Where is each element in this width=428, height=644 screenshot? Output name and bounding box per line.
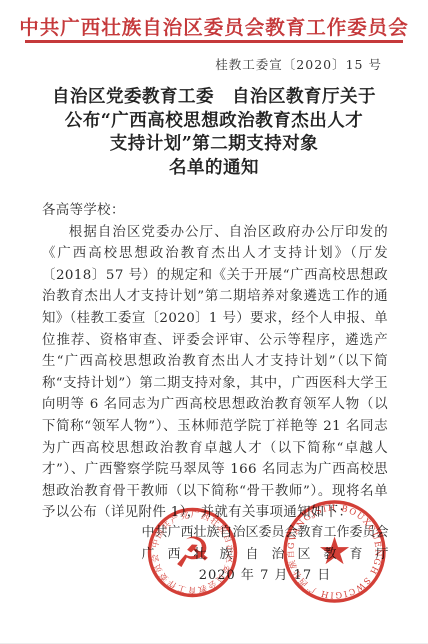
- header-divider-rule: [25, 40, 403, 43]
- star-icon: ★: [317, 529, 351, 573]
- title-line-1: 自治区党委教育工委 自治区教育厅关于: [0, 86, 428, 110]
- body-paragraph: 根据自治区党委办公厅、自治区政府办公厅印发的《广西高校思想政治教育杰出人才支持计…: [42, 222, 388, 524]
- document-body: 各高等学校： 根据自治区党委办公厅、自治区政府办公厅印发的《广西高校思想政治教育…: [42, 200, 388, 524]
- title-line-4: 名单的通知: [0, 157, 428, 181]
- official-document-page: 中共广西壮族自治区委员会教育工作委员会 桂教工委宣〔2020〕15 号 自治区党…: [0, 0, 428, 644]
- hammer-sickle-icon: ☭: [174, 528, 212, 577]
- education-department-seal: GVANGJSIH BOUXCUENGH SWCIGIH 广西壮族自治区教育厅 …: [281, 498, 388, 605]
- party-committee-seal: 中国共产党广西壮族自治区委员会教育工作委员会 ☭: [146, 506, 239, 599]
- document-number: 桂教工委宣〔2020〕15 号: [215, 55, 382, 73]
- salutation: 各高等学校：: [42, 200, 388, 222]
- issuing-authority-header: 中共广西壮族自治区委员会教育工作委员会: [0, 12, 428, 40]
- title-line-3: 支持计划”第二期支持对象: [0, 133, 428, 157]
- title-line-2: 公布“广西高校思想政治教育杰出人才: [0, 110, 428, 134]
- document-title: 自治区党委教育工委 自治区教育厅关于 公布“广西高校思想政治教育杰出人才 支持计…: [0, 86, 428, 180]
